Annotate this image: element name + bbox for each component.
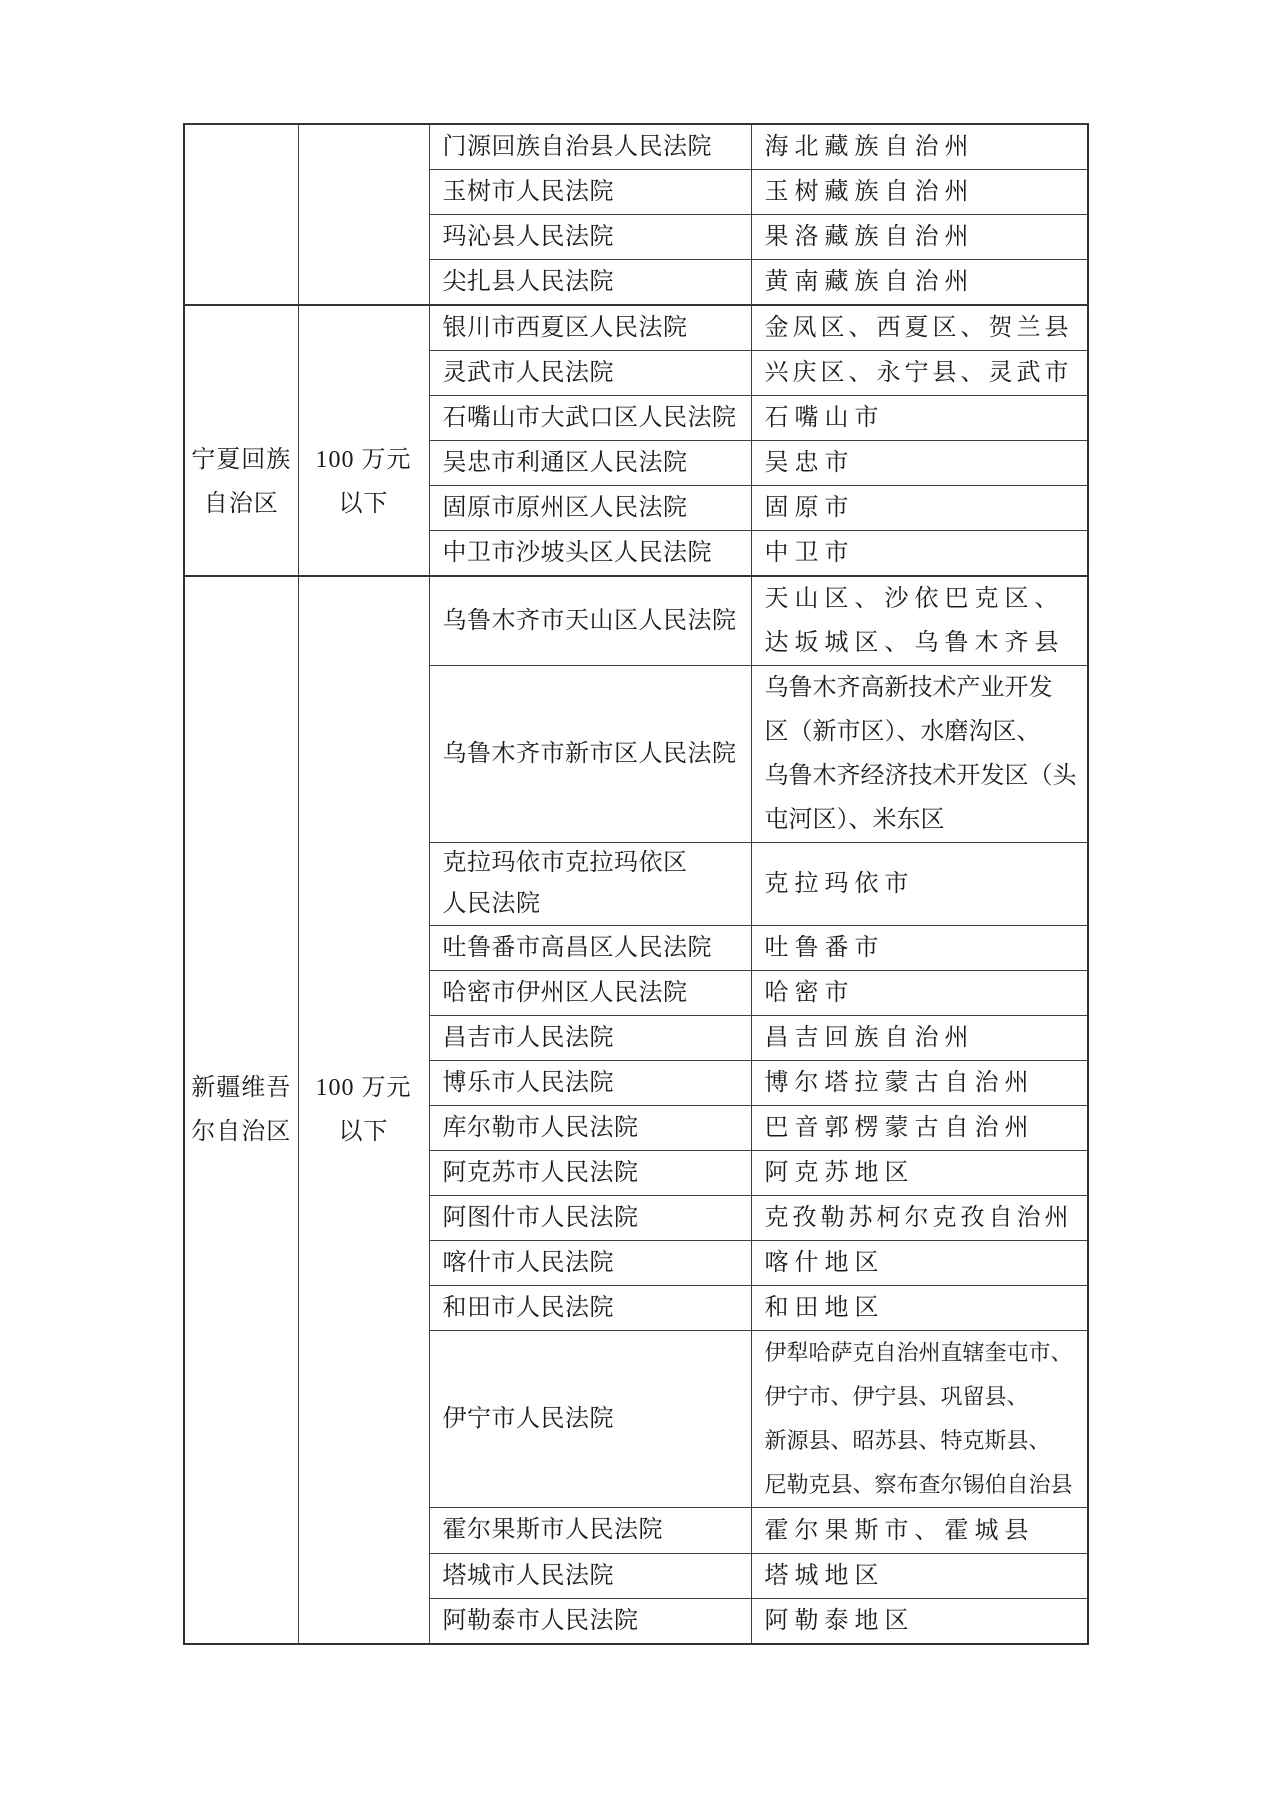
jurisdiction-cell: 克拉玛依市 <box>751 843 1088 926</box>
court-cell: 博乐市人民法院 <box>429 1061 751 1106</box>
jurisdiction-cell: 乌鲁木齐高新技术产业开发 区（新市区）、水磨沟区、 乌鲁木齐经济技术开发区（头 … <box>751 666 1088 843</box>
court-cell: 昌吉市人民法院 <box>429 1016 751 1061</box>
court-cell: 灵武市人民法院 <box>429 351 751 396</box>
jurisdiction-cell: 喀什地区 <box>751 1241 1088 1286</box>
court-cell: 乌鲁木齐市新市区人民法院 <box>429 666 751 843</box>
court-cell: 尖扎县人民法院 <box>429 260 751 306</box>
province-label: 宁夏回族 自治区 <box>191 438 291 526</box>
court-cell: 中卫市沙坡头区人民法院 <box>429 531 751 577</box>
jurisdiction-cell: 塔城地区 <box>751 1554 1088 1599</box>
jurisdiction-cell: 阿勒泰地区 <box>751 1599 1088 1645</box>
court-cell: 石嘴山市大武口区人民法院 <box>429 396 751 441</box>
court-cell: 阿勒泰市人民法院 <box>429 1599 751 1645</box>
jurisdiction-cell: 固原市 <box>751 486 1088 531</box>
court-cell: 吴忠市利通区人民法院 <box>429 441 751 486</box>
court-cell: 塔城市人民法院 <box>429 1554 751 1599</box>
table-body: 门源回族自治县人民法院海北藏族自治州玉树市人民法院玉树藏族自治州玛沁县人民法院果… <box>184 124 1088 1644</box>
jurisdiction-cell: 吐鲁番市 <box>751 926 1088 971</box>
jurisdiction-cell: 玉树藏族自治州 <box>751 170 1088 215</box>
province-cell <box>184 124 298 305</box>
jurisdiction-cell: 阿克苏地区 <box>751 1151 1088 1196</box>
province-cell: 宁夏回族 自治区 <box>184 305 298 576</box>
jurisdiction-cell: 中卫市 <box>751 531 1088 577</box>
court-cell: 伊宁市人民法院 <box>429 1331 751 1508</box>
jurisdiction-cell: 伊犁哈萨克自治州直辖奎屯市、 伊宁市、伊宁县、巩留县、 新源县、昭苏县、特克斯县… <box>751 1331 1088 1508</box>
amount-limit-cell: 100 万元 以下 <box>298 305 429 576</box>
court-cell: 哈密市伊州区人民法院 <box>429 971 751 1016</box>
document-page: 门源回族自治县人民法院海北藏族自治州玉树市人民法院玉树藏族自治州玛沁县人民法院果… <box>0 0 1280 1810</box>
amount-limit-label: 100 万元 以下 <box>316 1066 412 1154</box>
jurisdiction-cell: 昌吉回族自治州 <box>751 1016 1088 1061</box>
court-cell: 克拉玛依市克拉玛依区 人民法院 <box>429 843 751 926</box>
court-cell: 门源回族自治县人民法院 <box>429 124 751 170</box>
court-cell: 喀什市人民法院 <box>429 1241 751 1286</box>
table-row: 新疆维吾 尔自治区100 万元 以下乌鲁木齐市天山区人民法院天山区、沙依巴克区、… <box>184 576 1088 666</box>
table-row: 门源回族自治县人民法院海北藏族自治州 <box>184 124 1088 170</box>
court-cell: 吐鲁番市高昌区人民法院 <box>429 926 751 971</box>
court-cell: 玉树市人民法院 <box>429 170 751 215</box>
jurisdiction-cell: 巴音郭楞蒙古自治州 <box>751 1106 1088 1151</box>
jurisdiction-cell: 和田地区 <box>751 1286 1088 1331</box>
jurisdiction-cell: 吴忠市 <box>751 441 1088 486</box>
jurisdiction-cell: 海北藏族自治州 <box>751 124 1088 170</box>
court-cell: 银川市西夏区人民法院 <box>429 305 751 351</box>
court-cell: 库尔勒市人民法院 <box>429 1106 751 1151</box>
court-cell: 固原市原州区人民法院 <box>429 486 751 531</box>
jurisdiction-cell: 果洛藏族自治州 <box>751 215 1088 260</box>
court-cell: 阿克苏市人民法院 <box>429 1151 751 1196</box>
jurisdiction-cell: 兴庆区、永宁县、灵武市 <box>751 351 1088 396</box>
court-cell: 阿图什市人民法院 <box>429 1196 751 1241</box>
amount-limit-cell <box>298 124 429 305</box>
court-cell: 和田市人民法院 <box>429 1286 751 1331</box>
table-row: 宁夏回族 自治区100 万元 以下银川市西夏区人民法院金凤区、西夏区、贺兰县 <box>184 305 1088 351</box>
jurisdiction-table: 门源回族自治县人民法院海北藏族自治州玉树市人民法院玉树藏族自治州玛沁县人民法院果… <box>183 123 1089 1645</box>
province-label: 新疆维吾 尔自治区 <box>191 1066 291 1154</box>
jurisdiction-cell: 霍尔果斯市、霍城县 <box>751 1508 1088 1554</box>
jurisdiction-cell: 克孜勒苏柯尔克孜自治州 <box>751 1196 1088 1241</box>
jurisdiction-cell: 黄南藏族自治州 <box>751 260 1088 306</box>
jurisdiction-cell: 哈密市 <box>751 971 1088 1016</box>
jurisdiction-cell: 石嘴山市 <box>751 396 1088 441</box>
court-cell: 玛沁县人民法院 <box>429 215 751 260</box>
court-cell: 霍尔果斯市人民法院 <box>429 1508 751 1554</box>
jurisdiction-cell: 博尔塔拉蒙古自治州 <box>751 1061 1088 1106</box>
court-cell: 乌鲁木齐市天山区人民法院 <box>429 576 751 666</box>
province-cell: 新疆维吾 尔自治区 <box>184 576 298 1644</box>
jurisdiction-cell: 金凤区、西夏区、贺兰县 <box>751 305 1088 351</box>
amount-limit-cell: 100 万元 以下 <box>298 576 429 1644</box>
amount-limit-label: 100 万元 以下 <box>316 438 412 526</box>
jurisdiction-cell: 天山区、沙依巴克区、 达坂城区、乌鲁木齐县 <box>751 576 1088 666</box>
